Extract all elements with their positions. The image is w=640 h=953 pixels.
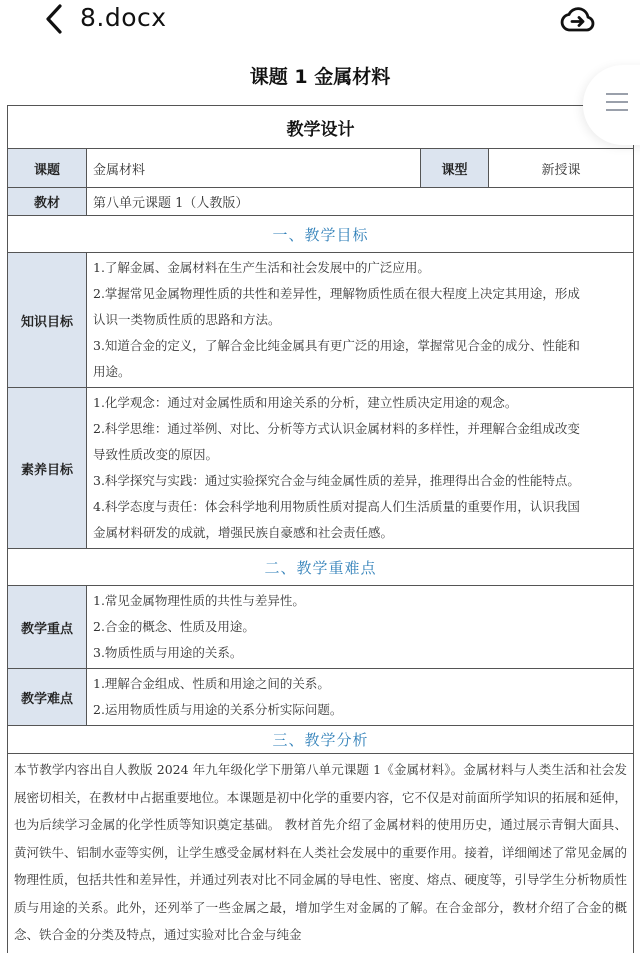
section-title-objectives: 一、教学目标	[8, 216, 634, 253]
text-line: 1.化学观念：通过对金属性质和用途关系的分析，建立性质决定用途的观念。	[93, 390, 627, 416]
knowledge-objectives-content: 1.了解金属、金属材料在生产生活和社会发展中的广泛应用。 2.掌握常见金属物理性…	[87, 253, 634, 388]
sheet-title: 教学设计	[8, 106, 634, 149]
topic-label: 课题	[8, 149, 87, 188]
section-title-analysis: 三、教学分析	[8, 726, 634, 754]
teaching-difficulty-label: 教学难点	[8, 669, 87, 726]
document-title: 课题 1 金属材料	[0, 62, 640, 89]
topic-value: 金属材料	[87, 149, 421, 188]
lesson-plan-table: 教学设计 课题 金属材料 课型 新授课 教材 第八单元课题 1（人教版） 一、教…	[7, 105, 634, 953]
cloud-upload-icon	[558, 2, 598, 36]
knowledge-objectives-label: 知识目标	[8, 253, 87, 388]
text-line: 金属材料研发的成就，增强民族自豪感和社会责任感。	[93, 520, 627, 546]
text-line: 2.掌握常见金属物理性质的共性和差异性，理解物质性质在很大程度上决定其用途，形成	[93, 281, 627, 307]
file-name: 8.docx	[80, 3, 167, 32]
back-button[interactable]	[40, 2, 70, 36]
section-title-key-points: 二、教学重难点	[8, 549, 634, 586]
analysis-paragraph: 本节教学内容出自人教版 2024 年九年级化学下册第八单元课题 1《金属材料》。…	[8, 754, 634, 953]
text-line: 3.科学探究与实践：通过实验探究合金与纯金属性质的差异，推理得出合金的性能特点。	[93, 468, 627, 494]
text-line: 1.了解金属、金属材料在生产生活和社会发展中的广泛应用。	[93, 255, 627, 281]
text-line: 认识一类物质性质的思路和方法。	[93, 307, 627, 333]
text-line: 2.科学思维：通过举例、对比、分析等方式认识金属材料的多样性，并理解合金组成改变	[93, 416, 627, 442]
top-bar: 8.docx	[0, 0, 640, 40]
textbook-label: 教材	[8, 188, 87, 216]
literacy-objectives-content: 1.化学观念：通过对金属性质和用途关系的分析，建立性质决定用途的观念。 2.科学…	[87, 388, 634, 549]
text-line: 4.科学态度与责任：体会科学地利用物质性质对提高人们生活质量的重要作用，认识我国	[93, 494, 627, 520]
text-line: 导致性质改变的原因。	[93, 442, 627, 468]
text-line: 2.合金的概念、性质及用途。	[93, 614, 627, 640]
literacy-objectives-label: 素养目标	[8, 388, 87, 549]
cloud-upload-button[interactable]	[558, 2, 598, 36]
lesson-type-value: 新授课	[489, 149, 634, 188]
text-line: 用途。	[93, 359, 627, 385]
teaching-focus-label: 教学重点	[8, 586, 87, 669]
teaching-difficulty-content: 1.理解合金组成、性质和用途之间的关系。 2.运用物质性质与用途的关系分析实际问…	[87, 669, 634, 726]
text-line: 3.知道合金的定义，了解合金比纯金属具有更广泛的用途，掌握常见合金的成分、性能和	[93, 333, 627, 359]
text-line: 2.运用物质性质与用途的关系分析实际问题。	[93, 697, 627, 723]
text-line: 1.常见金属物理性质的共性与差异性。	[93, 588, 627, 614]
text-line: 1.理解合金组成、性质和用途之间的关系。	[93, 671, 627, 697]
textbook-value: 第八单元课题 1（人教版）	[87, 188, 634, 216]
teaching-focus-content: 1.常见金属物理性质的共性与差异性。 2.合金的概念、性质及用途。 3.物质性质…	[87, 586, 634, 669]
lesson-type-label: 课型	[421, 149, 489, 188]
text-line: 3.物质性质与用途的关系。	[93, 640, 627, 666]
chevron-left-icon	[40, 2, 70, 36]
